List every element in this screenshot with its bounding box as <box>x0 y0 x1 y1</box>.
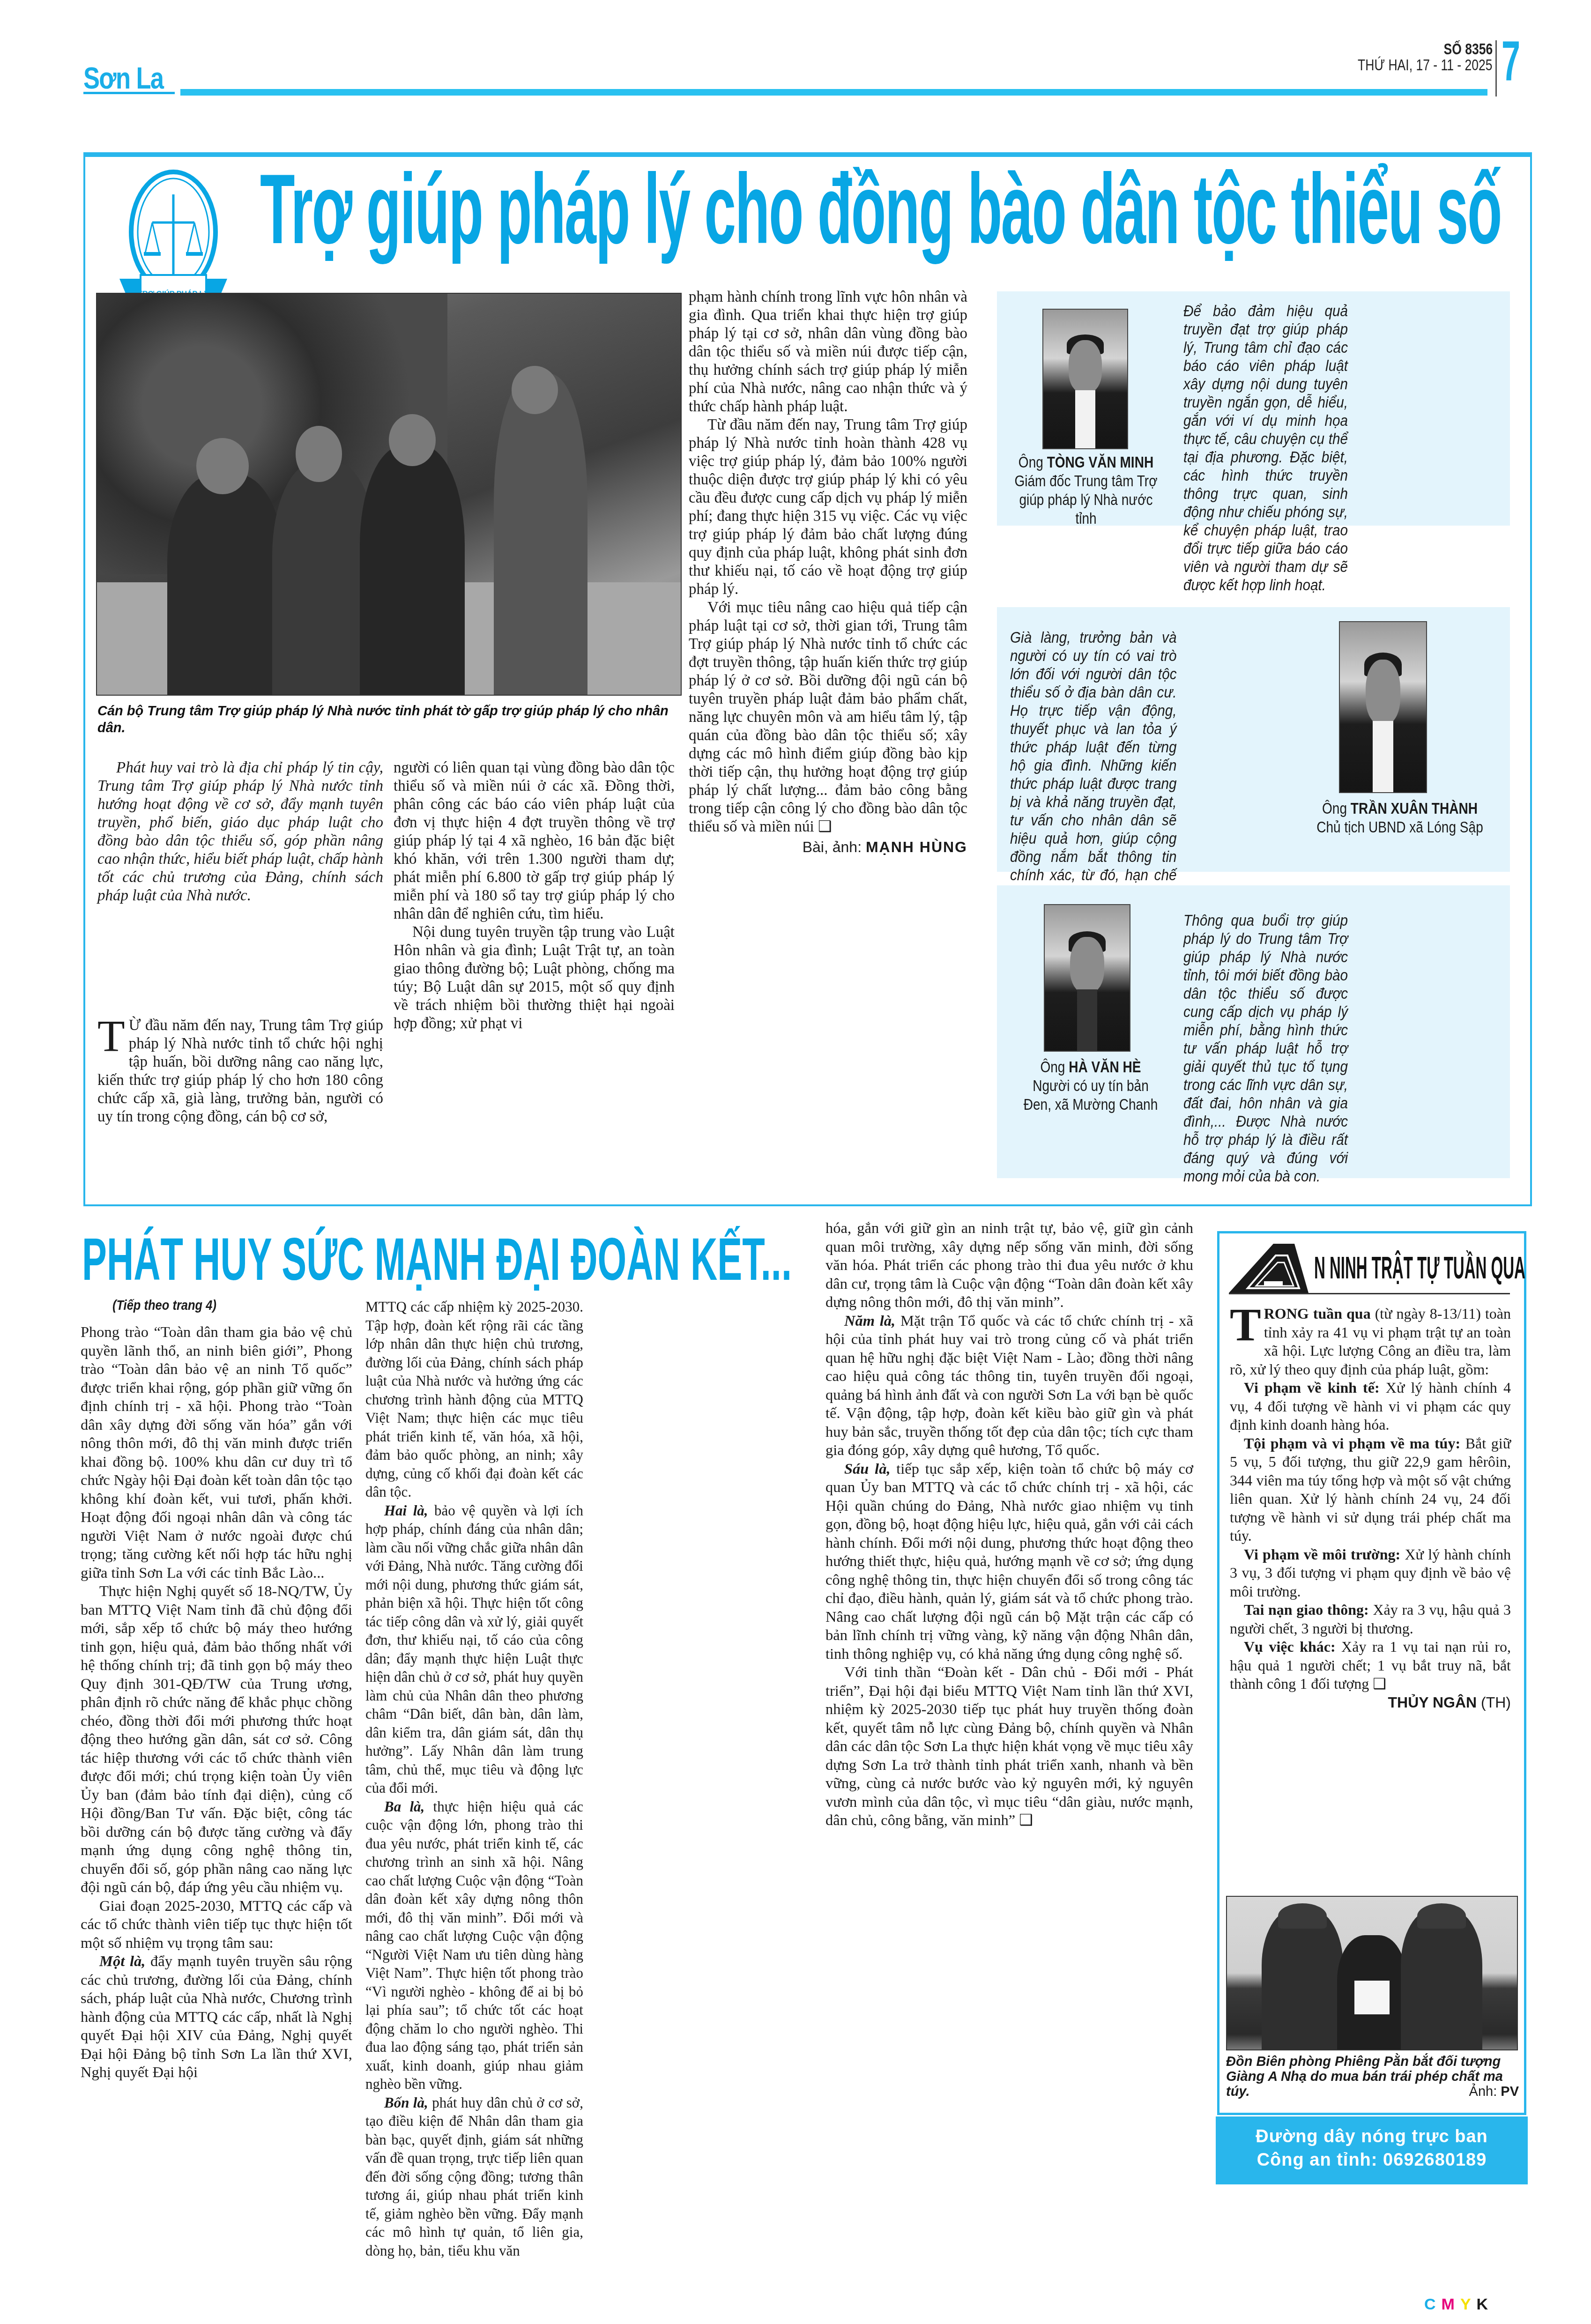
masthead-divider <box>1495 40 1497 97</box>
article-lead: Phát huy vai trò là địa chỉ pháp lý tin … <box>97 759 383 905</box>
article-body-col-2: người có liên quan tại vùng đồng bào dân… <box>394 759 675 1033</box>
security-title-rule <box>1229 1293 1510 1294</box>
masthead-rule-short <box>83 92 175 94</box>
hotline-number: Công an tỉnh: 0692680189 <box>1216 2148 1528 2172</box>
scales-of-justice-icon: TRỢ GIÚP PHÁP LÝ <box>101 166 246 312</box>
bottom-article-col-2: MTTQ các cấp nhiệm kỳ 2025-2030. Tập hợp… <box>365 1298 583 2260</box>
photo-credit: Ảnh: PV <box>1469 2084 1519 2099</box>
quote-person: Ông TRẦN XUÂN THÀNH Chủ tịch UBND xã Lón… <box>1312 799 1487 837</box>
portrait-photo <box>1044 904 1130 1052</box>
masthead-rule <box>180 89 1487 96</box>
security-news-photo <box>1226 1896 1518 2050</box>
section-name: Sơn La <box>83 61 163 96</box>
portrait-photo <box>1042 309 1128 449</box>
cmyk-print-marks: CMYK <box>1424 2295 1494 2314</box>
security-photo-caption: Đồn Biên phòng Phiêng Pằn bắt đối tượng … <box>1226 2054 1519 2099</box>
article-photo <box>96 293 682 696</box>
quote-box-tran-xuan-thanh: Già làng, trưởng bản và người có uy tín … <box>997 607 1510 872</box>
portrait-photo <box>1339 621 1427 793</box>
photo-caption: Cán bộ Trung tâm Trợ giúp pháp lý Nhà nư… <box>97 703 683 736</box>
quote-text: Để bảo đảm hiệu quả truyền đạt trợ giúp … <box>1183 302 1348 594</box>
bottom-article-col-1: Phong trào “Toàn dân tham gia bảo vệ chủ… <box>81 1323 352 2082</box>
quote-person: Ông HÀ VĂN HÈ Người có uy tín bản Đen, x… <box>1019 1058 1162 1114</box>
security-news-author: THỦY NGÂN (TH) <box>1230 1693 1511 1712</box>
page-number: 7 <box>1502 33 1520 89</box>
quote-box-tong-van-minh: Ông TÒNG VĂN MINH Giám đốc Trung tâm Trợ… <box>997 291 1510 526</box>
drop-cap: T <box>1230 1307 1261 1342</box>
quote-person: Ông TÒNG VĂN MINH Giám đốc Trung tâm Trợ… <box>1011 453 1162 528</box>
quote-text: Thông qua buổi trợ giúp pháp lý do Trung… <box>1183 911 1348 1185</box>
quote-box-ha-van-he: Ông HÀ VĂN HÈ Người có uy tín bản Đen, x… <box>997 885 1510 1178</box>
article-body-col-1: TỪ đầu năm đến nay, Trung tâm Trợ giúp p… <box>97 1017 383 1126</box>
article-byline: Bài, ảnh: MẠNH HÙNG <box>689 838 967 856</box>
bottom-article-headline: PHÁT HUY SỨC MẠNH ĐẠI ĐOÀN KẾT... <box>82 1230 792 1290</box>
continued-from: (Tiếp theo trang 4) <box>112 1298 216 1314</box>
issue-date: THỨ HAI, 17 - 11 - 2025 <box>1358 56 1493 74</box>
drop-cap: T <box>97 1018 125 1054</box>
security-logo-a-icon <box>1229 1241 1313 1295</box>
bottom-article-col-3: hóa, gắn với giữ gìn an ninh trật tự, bả… <box>825 1219 1193 1830</box>
quote-text: Già làng, trưởng bản và người có uy tín … <box>1010 628 1177 921</box>
legal-aid-logo: TRỢ GIÚP PHÁP LÝ <box>101 166 246 312</box>
police-hotline-banner: Đường dây nóng trực ban Công an tỉnh: 06… <box>1216 2116 1528 2184</box>
article-body-col-3: phạm hành chính trong lĩnh vực hôn nhân … <box>689 288 967 856</box>
article-headline: Trợ giúp pháp lý cho đồng bào dân tộc th… <box>260 159 1501 259</box>
security-news-title: N NINH TRẬT TỰ TUẦN QUA <box>1314 1250 1525 1285</box>
security-news-body: TRONG tuần qua (từ ngày 8-13/11) toàn tỉ… <box>1230 1305 1511 1712</box>
